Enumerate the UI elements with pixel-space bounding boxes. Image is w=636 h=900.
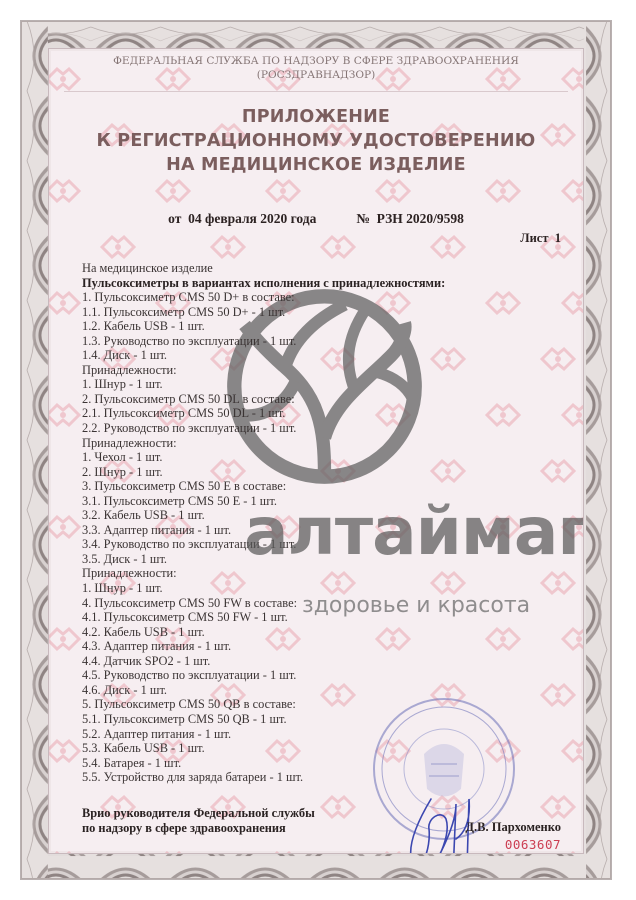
list-item: 2.2. Руководство по эксплуатации - 1 шт.: [82, 421, 445, 436]
signature-icon: [401, 779, 491, 854]
list-item: Принадлежности:: [82, 363, 445, 378]
title-line: К РЕГИСТРАЦИОННОМУ УДОСТОВЕРЕНИЮ: [49, 129, 583, 153]
list-item: Принадлежности:: [82, 436, 445, 451]
list-item: 3. Пульсоксиметр CMS 50 E в составе:: [82, 479, 445, 494]
list-item: 1.3. Руководство по эксплуатации - 1 шт.: [82, 334, 445, 349]
signer-name: Д.В. Пархоменко: [465, 820, 561, 835]
list-item: 4.4. Датчик SPO2 - 1 шт.: [82, 654, 445, 669]
agency-short-name: (РОСЗДРАВНАДЗОР): [49, 68, 583, 82]
serial-number: 0063607: [505, 837, 561, 852]
list-item: 1. Чехол - 1 шт.: [82, 450, 445, 465]
agency-header: ФЕДЕРАЛЬНАЯ СЛУЖБА ПО НАДЗОРУ В СФЕРЕ ЗД…: [49, 54, 583, 82]
signer-title-line: по надзору в сфере здравоохранения: [82, 821, 315, 836]
watermark-brand: алтаймаг: [244, 497, 584, 567]
watermark-tagline: здоровье и красота: [302, 594, 530, 618]
agency-name: ФЕДЕРАЛЬНАЯ СЛУЖБА ПО НАДЗОРУ В СФЕРЕ ЗД…: [49, 54, 583, 68]
list-item: 2.1. Пульсоксиметр CMS 50 DL - 1 шт.: [82, 406, 445, 421]
list-item: 2. Шнур - 1 шт.: [82, 465, 445, 480]
sheet-number: Лист 1: [520, 231, 561, 246]
title-line: НА МЕДИЦИНСКОЕ ИЗДЕЛИЕ: [49, 153, 583, 177]
registration-dateline: от 04 февраля 2020 года№ РЗН 2020/9598: [49, 211, 583, 227]
certificate-sheet: ФЕДЕРАЛЬНАЯ СЛУЖБА ПО НАДЗОРУ В СФЕРЕ ЗД…: [20, 20, 612, 880]
issue-date: от 04 февраля 2020 года: [168, 211, 316, 227]
title-line: ПРИЛОЖЕНИЕ: [49, 105, 583, 129]
list-item: 1. Шнур - 1 шт.: [82, 377, 445, 392]
product-heading: Пульсоксиметры в вариантах исполнения с …: [82, 276, 445, 291]
header-divider: [64, 91, 568, 92]
document-title: ПРИЛОЖЕНИЕ К РЕГИСТРАЦИОННОМУ УДОСТОВЕРЕ…: [49, 105, 583, 177]
list-item: 4.2. Кабель USB - 1 шт.: [82, 625, 445, 640]
list-item: 4.5. Руководство по эксплуатации - 1 шт.: [82, 668, 445, 683]
signer-title-line: Врио руководителя Федеральной службы: [82, 806, 315, 821]
list-item: 1.4. Диск - 1 шт.: [82, 348, 445, 363]
registration-number: № РЗН 2020/9598: [356, 211, 463, 227]
intro-line: На медицинское изделие: [82, 261, 445, 276]
list-item: 1.2. Кабель USB - 1 шт.: [82, 319, 445, 334]
list-item: 4.3. Адаптер питания - 1 шт.: [82, 639, 445, 654]
document-body: ФЕДЕРАЛЬНАЯ СЛУЖБА ПО НАДЗОРУ В СФЕРЕ ЗД…: [48, 48, 584, 854]
list-item: 2. Пульсоксиметр CMS 50 DL в составе:: [82, 392, 445, 407]
list-item: 1. Пульсоксиметр CMS 50 D+ в составе:: [82, 290, 445, 305]
list-item: 1.1. Пульсоксиметр CMS 50 D+ - 1 шт.: [82, 305, 445, 320]
signer-title: Врио руководителя Федеральной службы по …: [82, 806, 315, 836]
